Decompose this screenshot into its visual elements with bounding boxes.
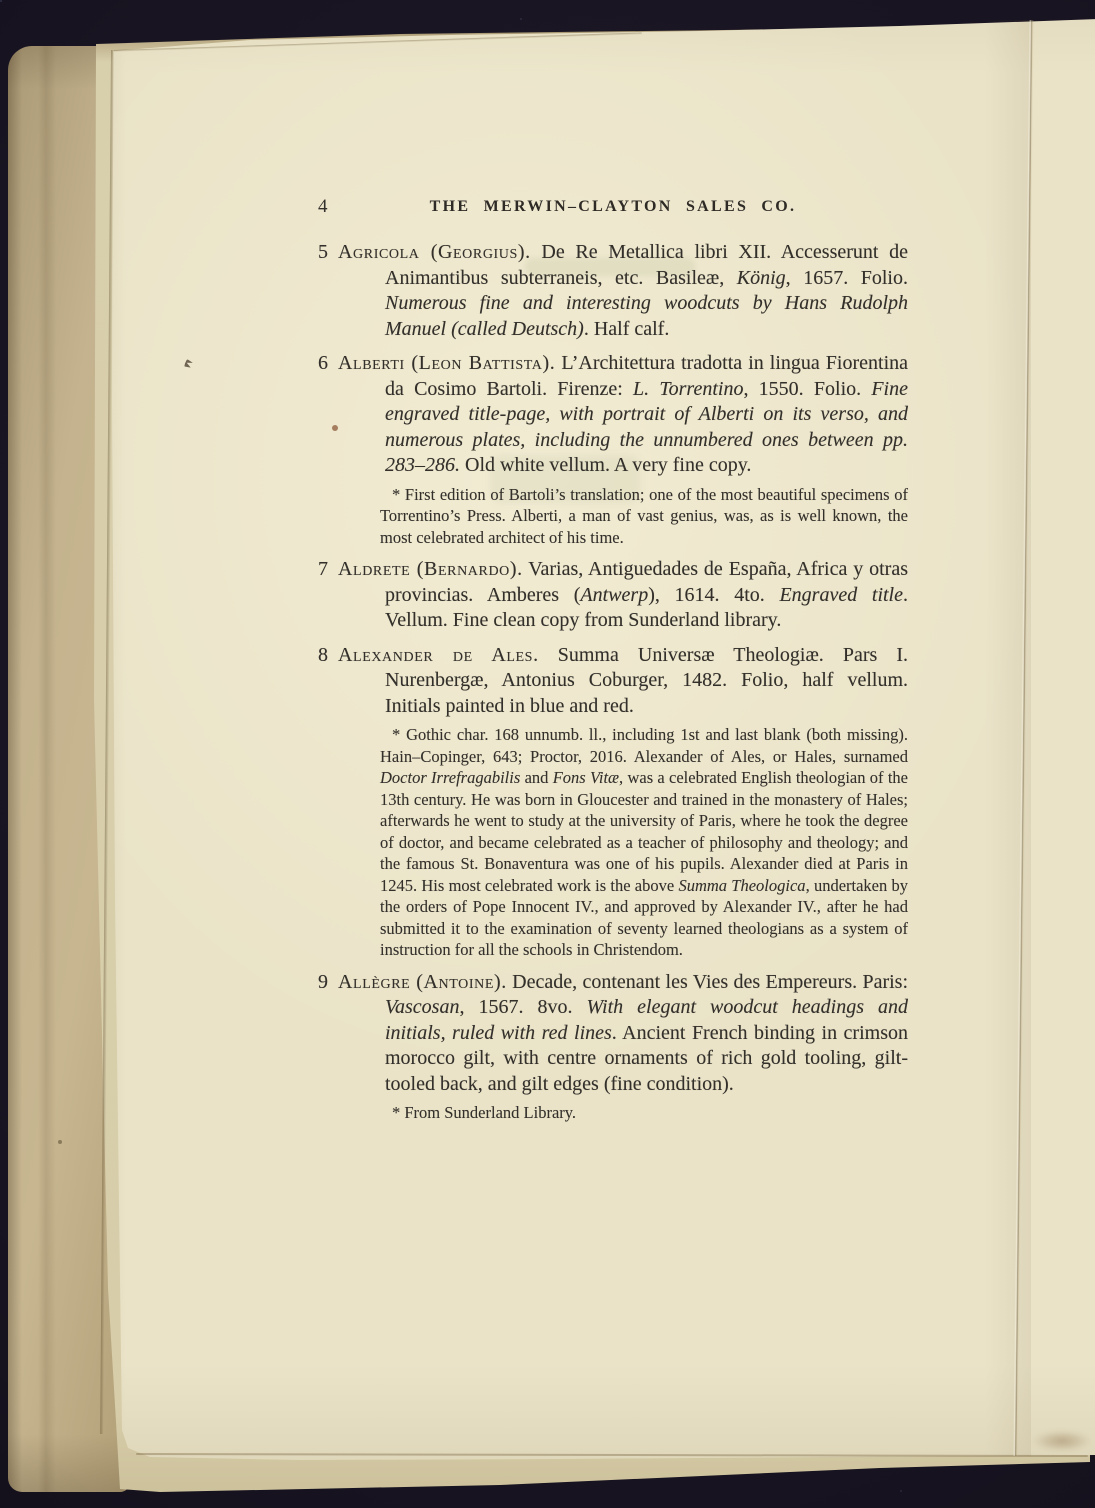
- text-run: , 1550. Folio.: [743, 378, 871, 400]
- text-run: * First edition of Bartoli’s translation…: [380, 485, 908, 547]
- lot-number: 5: [318, 240, 338, 266]
- entry-body: 5Agricola (Georgius). De Re Metallica li…: [318, 240, 908, 342]
- text-run: Alberti (Leon Battista).: [338, 352, 555, 374]
- text-run: . Half calf.: [584, 318, 670, 340]
- paper-speck: [58, 1140, 62, 1144]
- catalog-entry: 9Allègre (Antoine). Decade, contenant le…: [318, 970, 908, 1124]
- text-run: * From Sunderland Library.: [392, 1103, 576, 1122]
- catalog-entry: 8Alexander de Ales. Summa Universæ Theol…: [318, 643, 908, 961]
- text-run: Agricola (Georgius).: [338, 241, 531, 263]
- text-run: Doctor Irrefragabilis: [380, 768, 520, 787]
- text-run: , 1567. 8vo.: [459, 996, 586, 1018]
- text-run: Antwerp: [580, 584, 648, 606]
- page-content: 4 THE MERWIN–CLAYTON SALES CO. 5Agricola…: [318, 196, 908, 1133]
- lot-entries-list: 5Agricola (Georgius). De Re Metallica li…: [318, 240, 908, 1124]
- catalog-entry: 6Alberti (Leon Battista). L’Architettura…: [318, 351, 908, 548]
- text-run: Decade, contenant les Vies des Empereurs…: [507, 971, 908, 993]
- text-run: Allègre (Antoine).: [338, 971, 507, 993]
- scanned-catalog-photo: 4 THE MERWIN–CLAYTON SALES CO. 5Agricola…: [0, 0, 1095, 1508]
- text-run: Alexander de Ales.: [338, 644, 539, 666]
- catalog-entry: 5Agricola (Georgius). De Re Metallica li…: [318, 240, 908, 342]
- text-run: * Gothic char. 168 unnumb. ll., includin…: [380, 725, 908, 766]
- text-run: and: [520, 768, 552, 787]
- entry-body: 9Allègre (Antoine). Decade, contenant le…: [318, 970, 908, 1098]
- entry-note: * First edition of Bartoli’s translation…: [380, 484, 908, 549]
- text-run: ), 1614. 4to.: [648, 584, 779, 606]
- running-header: 4 THE MERWIN–CLAYTON SALES CO.: [318, 196, 908, 218]
- background-noise: [0, 0, 2, 2]
- text-run: Fons Vitæ: [553, 768, 619, 787]
- catalog-entry: 7Aldrete (Bernardo). Varias, Antiguedade…: [318, 557, 908, 634]
- entry-body: 6Alberti (Leon Battista). L’Architettura…: [318, 351, 908, 479]
- text-run: Old white vellum. A very fine copy.: [460, 454, 751, 476]
- text-run: L. Torrentino: [633, 378, 743, 400]
- lot-number: 6: [318, 351, 338, 377]
- entry-note: * From Sunderland Library.: [380, 1102, 908, 1124]
- text-run: Engraved title: [779, 584, 903, 606]
- text-run: Summa Theologica: [678, 876, 805, 895]
- lot-number: 9: [318, 970, 338, 996]
- text-run: Vascosan: [385, 996, 459, 1018]
- text-run: Aldrete (Bernardo).: [338, 558, 523, 580]
- worn-corner-smudge: [1032, 1430, 1092, 1452]
- entry-body: 8Alexander de Ales. Summa Universæ Theol…: [318, 643, 908, 720]
- text-run: , 1657. Folio.: [786, 267, 908, 289]
- lot-number: 7: [318, 557, 338, 583]
- running-title: THE MERWIN–CLAYTON SALES CO.: [318, 198, 908, 216]
- entry-body: 7Aldrete (Bernardo). Varias, Antiguedade…: [318, 557, 908, 634]
- entry-note: * Gothic char. 168 unnumb. ll., includin…: [380, 724, 908, 961]
- text-run: König: [737, 267, 786, 289]
- lot-number: 8: [318, 643, 338, 669]
